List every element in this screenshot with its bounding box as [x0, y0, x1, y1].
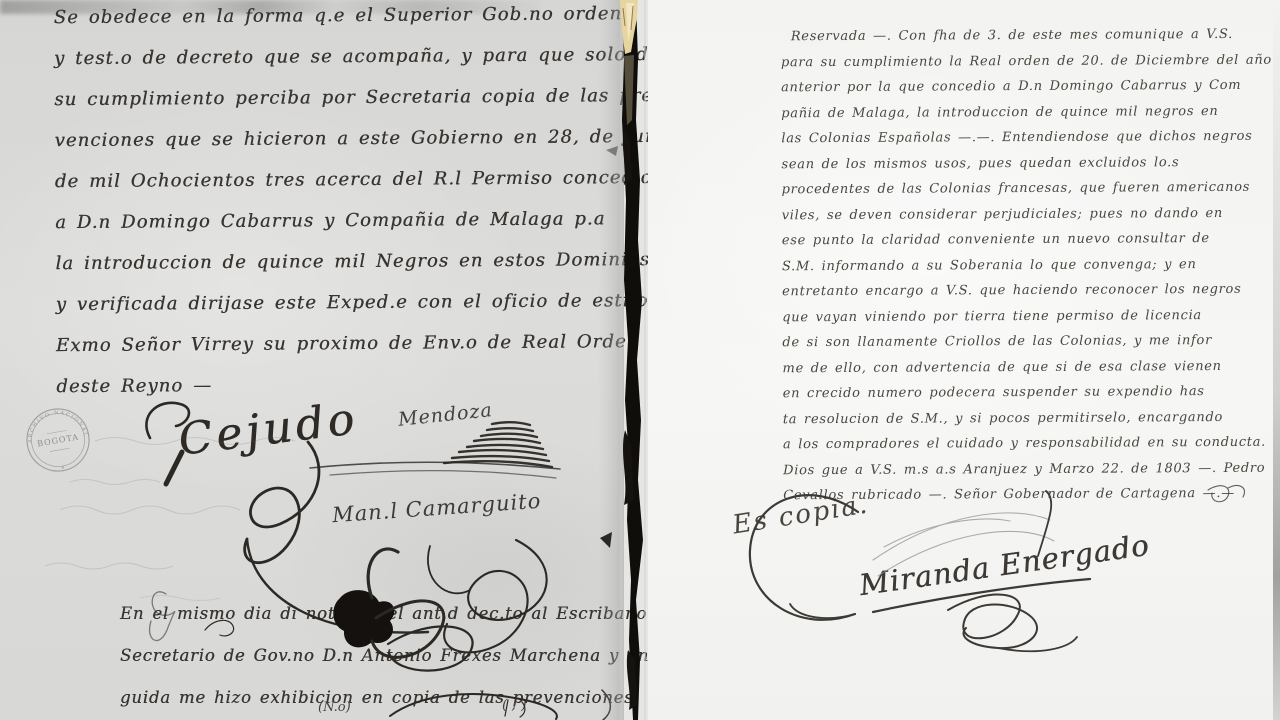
- manuscript-line: deste Reyno —: [56, 362, 678, 407]
- manuscript-line: procedentes de las Colonias francesas, q…: [782, 175, 1273, 203]
- manuscript-line: me de ello, con advertencia de que si de…: [782, 353, 1273, 381]
- manuscript-line: Reservada —. Con fha de 3. de este mes c…: [781, 22, 1272, 50]
- bleed-through-ghost-writing: [45, 438, 295, 601]
- manuscript-line: venciones que se hicieron a este Gobiern…: [54, 116, 676, 161]
- stamp-ring-text: ARCHIVO NACIONAL: [23, 405, 89, 447]
- manuscript-line: la introduccion de quince mil Negros en …: [55, 239, 677, 284]
- left-page: Se obedece en la forma q.e el Superior G…: [0, 0, 620, 720]
- manuscript-line: de si son llanamente Criollos de las Col…: [782, 328, 1273, 356]
- manuscript-line: viles, se deven considerar perjudiciales…: [782, 200, 1273, 228]
- manuscript-line: Secretario de Gov.no D.n Antonio Frexes …: [120, 634, 669, 676]
- manuscript-line: sean de los mismos usos, pues quedan exc…: [781, 149, 1272, 177]
- left-page-bottom-text-block: En el mismo dia di noticia del ant.d dec…: [120, 592, 669, 718]
- manuscript-line: y test.o de decreto que se acompaña, y p…: [54, 34, 676, 79]
- page-edge-shadow: [1273, 0, 1280, 720]
- manuscript-line: de mil Ochocientos tres acerca del R.l P…: [55, 157, 677, 202]
- manuscript-line: En el mismo dia di noticia del ant.d dec…: [120, 592, 669, 634]
- manuscript-line: guida me hizo exhibicion en copia de las…: [120, 676, 669, 718]
- left-page-text-block: Se obedece en la forma q.e el Superior G…: [54, 0, 679, 407]
- manuscript-line: para su cumplimiento la Real orden de 20…: [781, 47, 1272, 75]
- manuscript-line: Se obedece en la forma q.e el Superior G…: [54, 0, 676, 38]
- archive-stamp: ARCHIVO NACIONAL BOGOTA: [20, 400, 96, 480]
- manuscript-line: y verificada dirijase este Exped.e con e…: [56, 280, 678, 325]
- manuscript-scan: Se obedece en la forma q.e el Superior G…: [0, 0, 1280, 720]
- manuscript-line: que vayan viniendo por tierra tiene perm…: [782, 302, 1273, 330]
- partial-line-fragment: (N.o): [318, 700, 351, 715]
- right-page-text-block: Reservada —. Con fha de 3. de este mes c…: [781, 22, 1275, 509]
- manuscript-line: a D.n Domingo Cabarrus y Compañia de Mal…: [55, 198, 677, 243]
- manuscript-line: las Colonias Españolas —.—. Entendiendos…: [781, 124, 1272, 152]
- manuscript-line: ese punto la claridad conveniente un nue…: [782, 226, 1273, 254]
- manuscript-line: a los compradores el cuidado y responsab…: [783, 430, 1274, 458]
- manuscript-line: anterior por la que concedio a D.n Domin…: [781, 73, 1272, 101]
- manuscript-line: ta resolucion de S.M., y si pocos permit…: [783, 404, 1274, 432]
- manuscript-line: Exmo Señor Virrey su proximo de Env.o de…: [56, 321, 678, 366]
- manuscript-line: S.M. informando a su Soberania lo que co…: [782, 251, 1273, 279]
- partial-line-fragment: ( ; ): [502, 697, 527, 713]
- signature-camarguito: Man.l Camarguito: [331, 489, 542, 528]
- manuscript-line: Dios gue a V.S. m.s a.s Aranjuez y Marzo…: [783, 455, 1274, 483]
- manuscript-line: en crecido numero podecera suspender su …: [783, 379, 1274, 407]
- stamp-center-text: BOGOTA: [37, 432, 80, 448]
- manuscript-line: su cumplimiento perciba por Secretaria c…: [54, 75, 676, 120]
- manuscript-line: pañia de Malaga, la introduccion de quin…: [781, 98, 1272, 126]
- manuscript-line: entretanto encargo a V.S. que haciendo r…: [782, 277, 1273, 305]
